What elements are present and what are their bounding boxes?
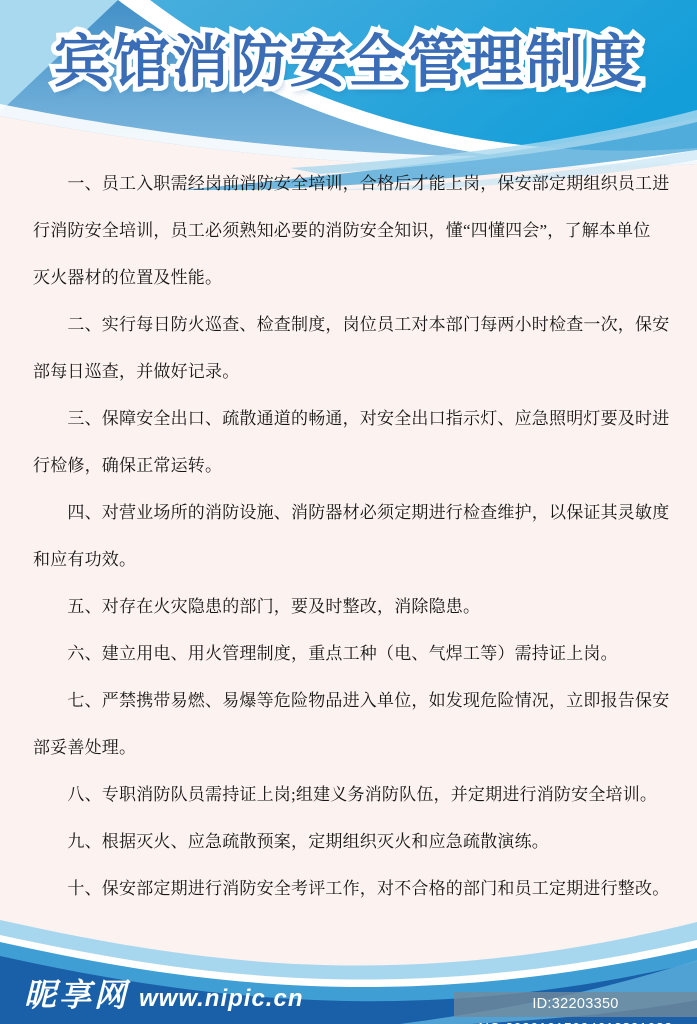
rule-item-8: 八、专职消防队员需持证上岗;组建义务消防队伍，并定期进行消防安全培训。 [33, 771, 674, 818]
rule-item-2: 二、实行每日防火巡查、检查制度，岗位员工对本部门每两小时检查一次，保安 部每日巡… [33, 301, 674, 395]
site-logo-name: 昵享网 [24, 977, 129, 1013]
poster-title: 宾馆消防安全管理制度 宾馆消防安全管理制度 [0, 18, 697, 114]
image-id-badge: ID:32203350 NO:20201015094612891032 [454, 992, 697, 1017]
fire-safety-poster: 宾馆消防安全管理制度 宾馆消防安全管理制度 一、员工入职需经岗前消防安全培训，合… [0, 0, 697, 1024]
poster-title-text: 宾馆消防安全管理制度 [0, 18, 697, 106]
rules-list: 一、员工入职需经岗前消防安全培训，合格后才能上岗，保安部定期组织员工进 行消防安… [33, 160, 674, 912]
rule-item-3: 三、保障安全出口、疏散通道的畅通，对安全出口指示灯、应急照明灯要及时进 行检修，… [33, 395, 674, 489]
site-logo-url: www.nipic.cn [139, 985, 303, 1012]
rule-item-9: 九、根据灭火、应急疏散预案，定期组织灭火和应急疏散演练。 [33, 818, 674, 865]
rule-item-6: 六、建立用电、用火管理制度，重点工种（电、气焊工等）需持证上岗。 [33, 630, 674, 677]
rule-item-1: 一、员工入职需经岗前消防安全培训，合格后才能上岗，保安部定期组织员工进 行消防安… [33, 160, 674, 301]
rule-item-5: 五、对存在火灾隐患的部门，要及时整改，消除隐患。 [33, 583, 674, 630]
rule-item-7: 七、严禁携带易燃、易爆等危险物品进入单位，如发现危险情况，立即报告保安 部妥善处… [33, 677, 674, 771]
site-logo: 昵享网www.nipic.cn [24, 970, 303, 1016]
rule-item-4: 四、对营业场所的消防设施、消防器材必须定期进行检查维护，以保证其灵敏度 和应有功… [33, 489, 674, 583]
